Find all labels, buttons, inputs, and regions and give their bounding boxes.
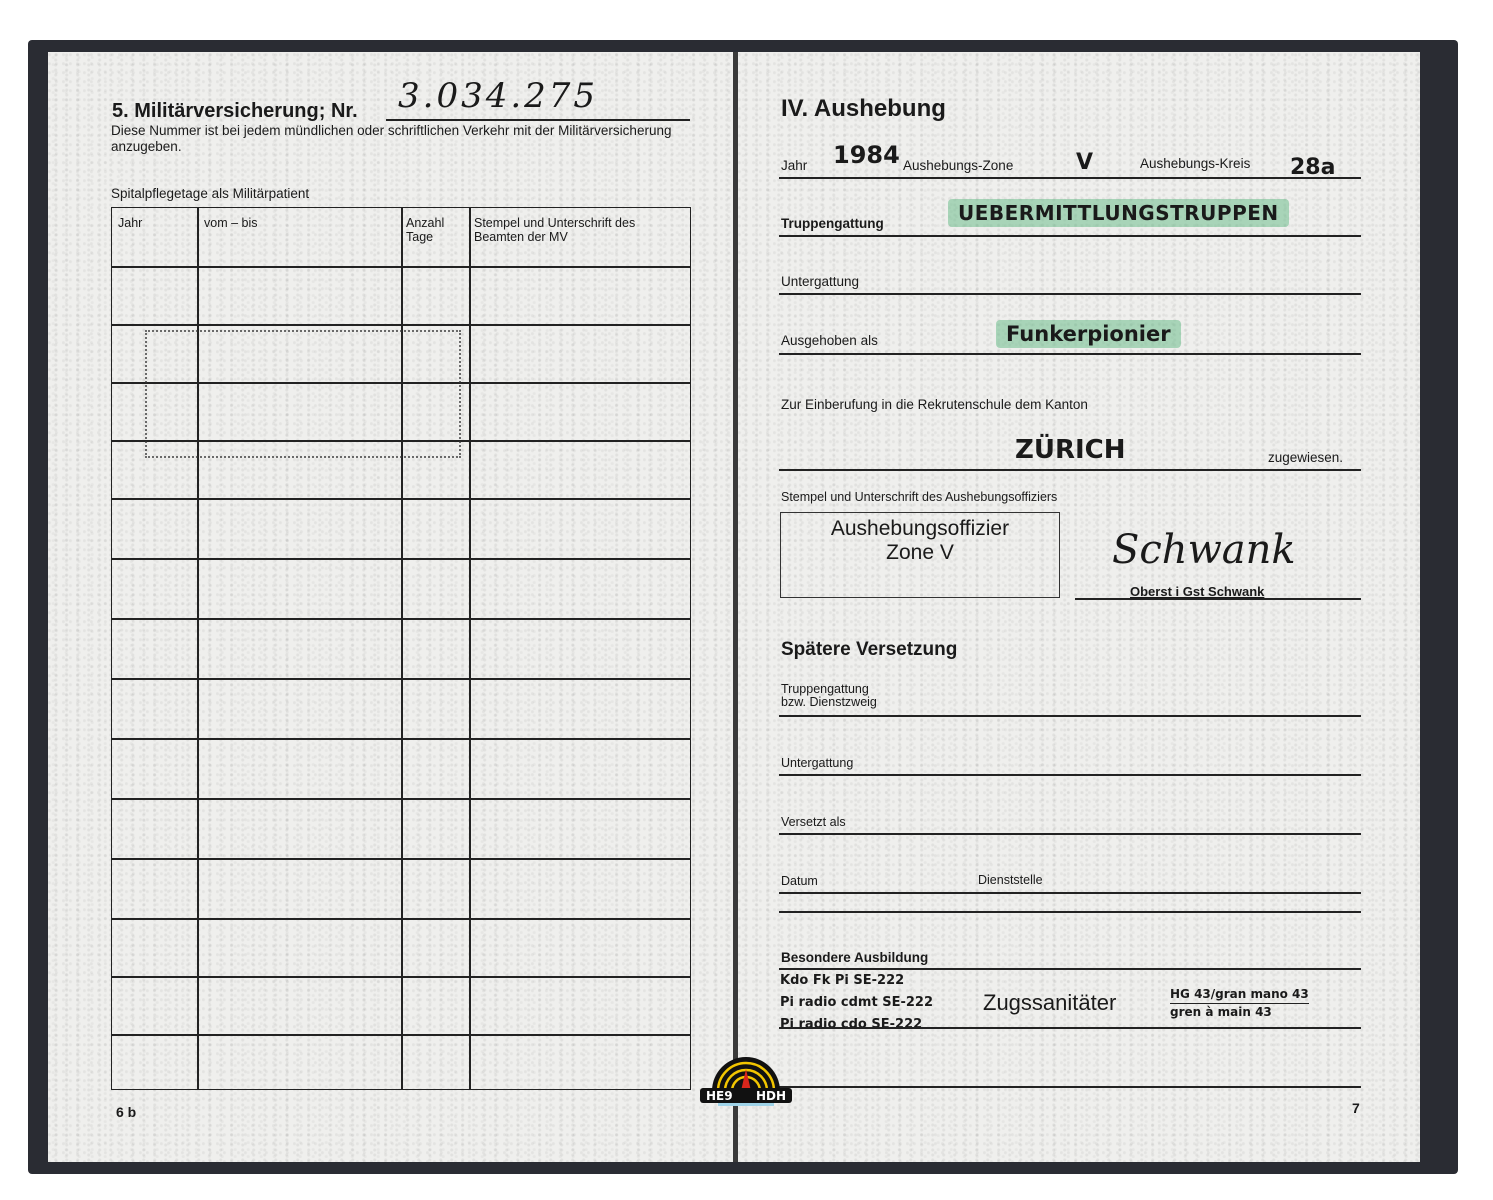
versetzung-truppengattung-line	[779, 715, 1361, 717]
insurance-instruction: Diese Nummer ist bei jedem mündlichen od…	[111, 123, 701, 155]
right-page-number: 7	[1352, 1100, 1360, 1116]
datum-line-2	[779, 911, 1361, 913]
untergattung-label: Untergattung	[781, 274, 859, 289]
zugssanitaeter: Zugssanitäter	[983, 990, 1116, 1016]
hg-line-1: HG 43/gran mano 43	[1170, 986, 1309, 1004]
truppengattung-line	[779, 235, 1361, 237]
ausbildung-item: Pi radio cdmt SE-222	[780, 992, 933, 1014]
stempel-label: Stempel und Unterschrift des Aushebungso…	[781, 490, 1057, 504]
datum-line	[779, 892, 1361, 894]
ausgehoben-value: Funkerpionier	[996, 320, 1181, 348]
ausgehoben-label: Ausgehoben als	[781, 333, 878, 348]
faded-stamp-ghost	[145, 330, 461, 458]
aushebung-title: IV. Aushebung	[781, 95, 946, 123]
versetzung-untergattung-label: Untergattung	[781, 756, 853, 770]
he9hdh-logo: HE9 HDH	[698, 1055, 794, 1107]
besondere-ausbildung-title: Besondere Ausbildung	[781, 950, 928, 965]
jahr-label: Jahr	[781, 158, 807, 173]
stamp-line-1: Aushebungsoffizier	[781, 517, 1059, 541]
versetzung-untergattung-line	[779, 774, 1361, 776]
versetzung-title: Spätere Versetzung	[781, 639, 957, 661]
versetzt-als-label: Versetzt als	[781, 815, 846, 829]
left-page-number: 6 b	[116, 1104, 136, 1120]
untergattung-line	[779, 293, 1361, 295]
jahr-value: 1984	[833, 141, 900, 169]
insurance-section-title: 5. Militärversicherung; Nr.	[112, 100, 358, 123]
kanton-value: ZÜRICH	[1015, 435, 1126, 465]
zone-label: Aushebungs-Zone	[903, 158, 1013, 173]
einberufung-label: Zur Einberufung in die Rekrutenschule de…	[781, 397, 1088, 412]
versetzt-als-line	[779, 833, 1361, 835]
insurance-number: 3.034.275	[398, 76, 598, 116]
truppengattung-value: UEBERMITTLUNGSTRUPPEN	[948, 199, 1289, 227]
hg-line-2: gren à main 43	[1170, 1004, 1309, 1021]
col-header-vom-bis: vom – bis	[204, 216, 258, 230]
truppengattung-label: Truppengattung	[781, 216, 884, 231]
ausbildung-item: Pi radio cdo SE-222	[780, 1014, 933, 1036]
versetzung-truppengattung-label: Truppengattung bzw. Dienstzweig	[781, 683, 877, 709]
officer-stamp: Aushebungsoffizier Zone V	[780, 512, 1060, 598]
svg-text:HE9: HE9	[706, 1089, 733, 1103]
kanton-line	[779, 469, 1361, 471]
datum-label: Datum	[781, 874, 818, 888]
zone-value: V	[1076, 150, 1093, 175]
col-header-jahr: Jahr	[118, 216, 142, 230]
ausgehoben-line	[779, 353, 1361, 355]
svg-text:HDH: HDH	[756, 1089, 786, 1103]
col-header-anzahl-tage: Anzahl Tage	[406, 216, 456, 244]
officer-signature: Schwank	[1112, 527, 1296, 573]
jahr-line	[779, 177, 1361, 179]
kreis-label: Aushebungs-Kreis	[1140, 156, 1250, 171]
table-title: Spitalpflegetage als Militärpatient	[111, 186, 309, 201]
zugewiesen-label: zugewiesen.	[1268, 450, 1343, 465]
dienststelle-label: Dienststelle	[978, 873, 1043, 887]
page-bottom-line	[779, 1086, 1361, 1088]
ausbildung-item: Kdo Fk Pi SE-222	[780, 970, 933, 992]
insurance-number-line	[386, 119, 690, 121]
hg-training: HG 43/gran mano 43 gren à main 43	[1170, 986, 1309, 1021]
label-line-2: bzw. Dienstzweig	[781, 696, 877, 709]
signature-line	[1075, 598, 1361, 600]
radio-antenna-icon: HE9 HDH	[698, 1055, 794, 1107]
ausbildung-bottom-line	[779, 1027, 1361, 1029]
col-header-stempel: Stempel und Unterschrift des Beamten der…	[474, 216, 684, 244]
stamp-line-2: Zone V	[781, 541, 1059, 565]
officer-name: Oberst i Gst Schwank	[1130, 584, 1264, 599]
